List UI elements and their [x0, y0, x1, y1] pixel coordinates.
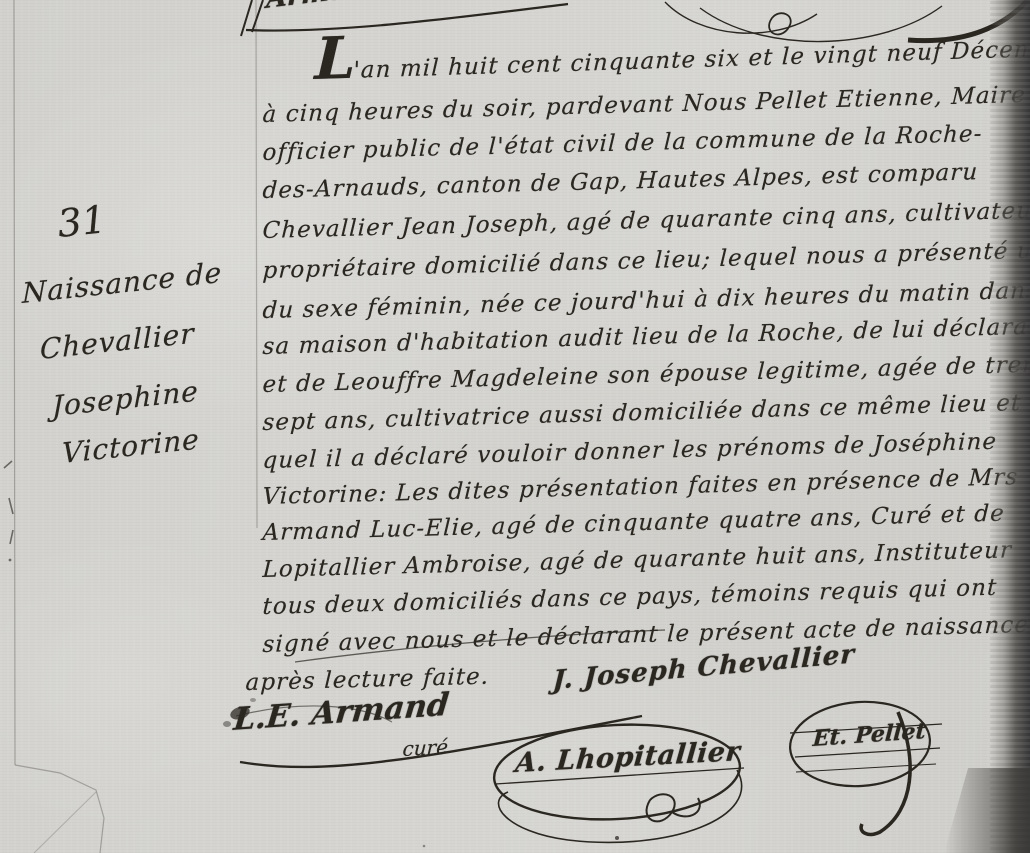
fold-crease-lines [14, 0, 104, 853]
left-edge-marks [4, 461, 13, 561]
act-number: 31 [55, 197, 108, 246]
signature-cure-title: curé [402, 735, 449, 761]
margin-rule-line [256, 0, 257, 528]
scanned-birth-record-page: Armand Luc 31 Naissance de Chevallier Jo… [0, 0, 1030, 853]
act-opening-initial: L [314, 24, 358, 93]
book-gutter-shadow [990, 0, 1030, 853]
